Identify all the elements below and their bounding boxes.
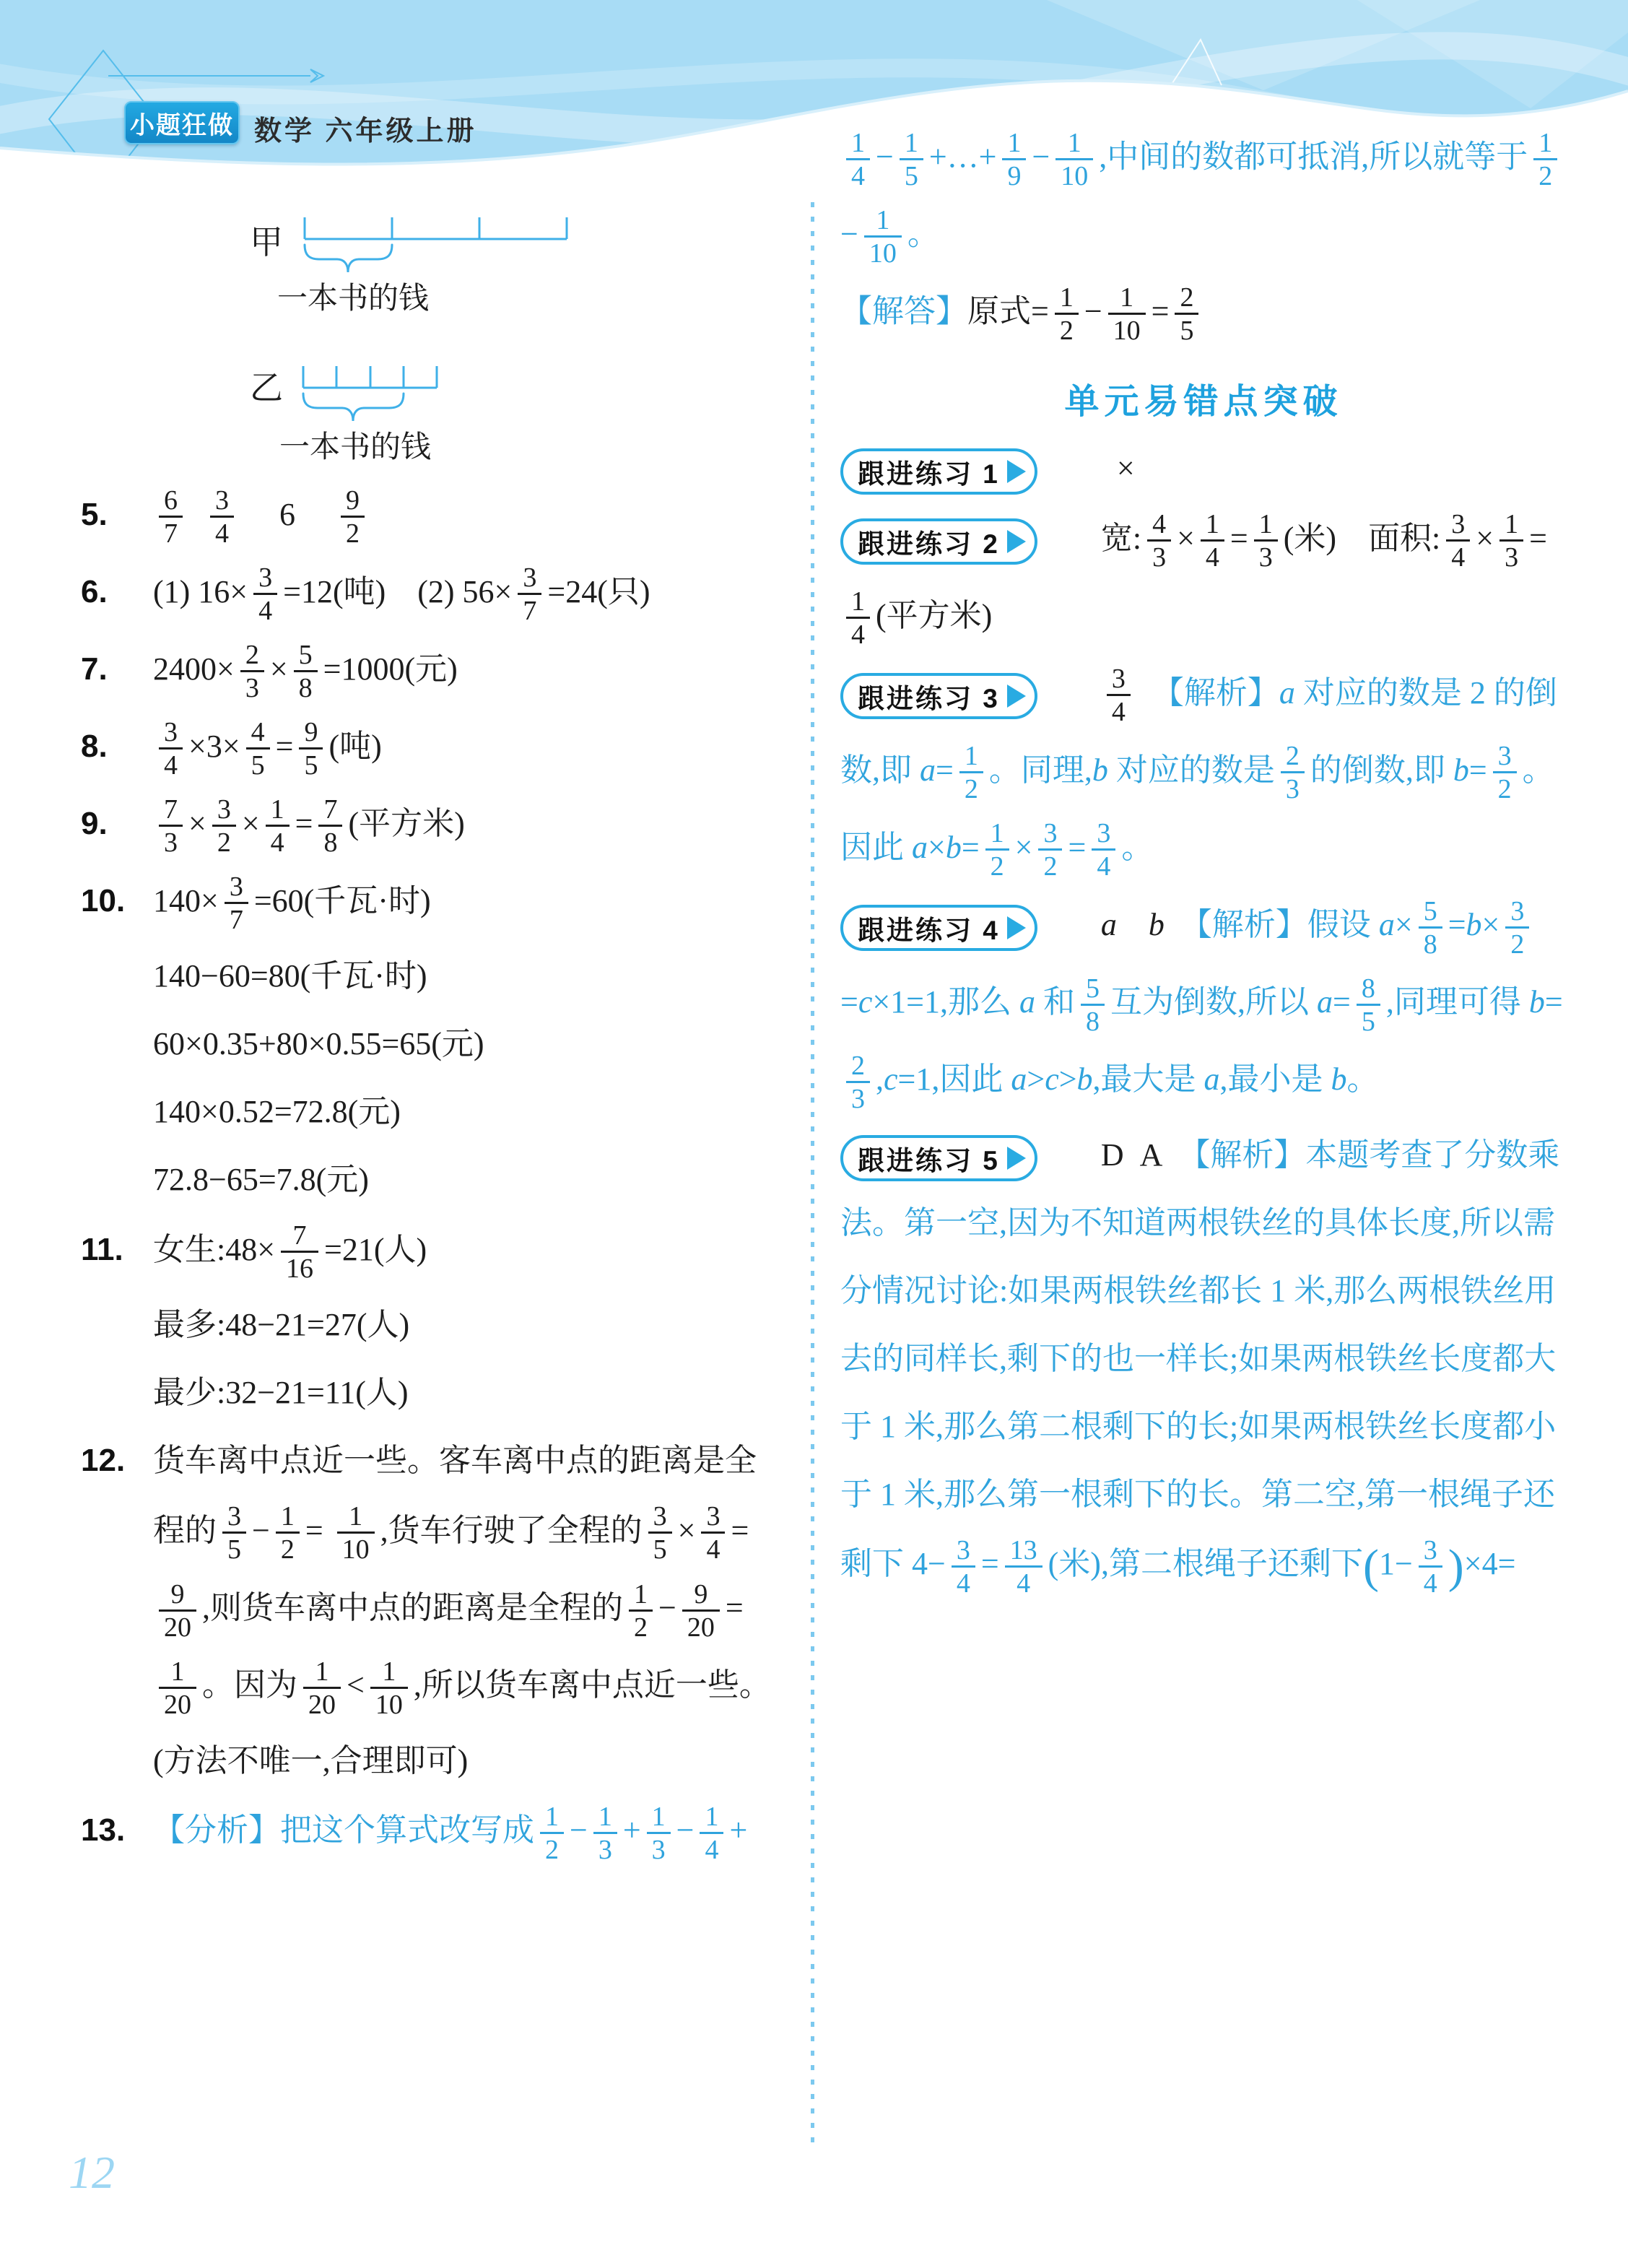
- item-text: 货车离中点近一些。客车离中点的距离是全程的35−12= 110,货车行驶了全程的…: [153, 1443, 771, 1778]
- answer-item-6: 6.(1) 16×34=12(吨) (2) 56×37=24(只): [81, 556, 785, 633]
- workbook-page: 小题狂做 数学 六年级上册 甲 一本书的钱 乙: [0, 0, 1628, 2268]
- item-text: 60×0.35+80×0.55=65(元): [153, 1010, 785, 1078]
- left-column: 甲 一本书的钱 乙: [72, 0, 785, 2145]
- exercise-badge-5: 跟进练习 5: [840, 1135, 1037, 1181]
- analysis-continuation: 14−15+…+19−110,中间的数都可抵消,所以就等于12−110。: [840, 121, 1567, 276]
- arrow-right-icon: [1007, 1147, 1026, 1170]
- item-text: 67 34 6 92: [153, 497, 370, 532]
- item-text: 最多:48−21=27(人): [153, 1291, 785, 1359]
- exercise-block-3: 跟进练习 3 34 【解析】a 对应的数是 2 的倒数,即 a=12。同理,b …: [840, 657, 1567, 889]
- yi-brace: [303, 394, 404, 421]
- arrow-right-icon: [1007, 530, 1026, 553]
- item-number: 5.: [81, 497, 153, 533]
- jia-label: 甲: [250, 224, 283, 261]
- exercise-block-2: 跟进练习 2 宽:43×14=13(米) 面积:34×13=14(平方米): [840, 503, 1567, 657]
- item-number: 9.: [81, 806, 153, 842]
- content-columns: 甲 一本书的钱 乙: [72, 0, 1567, 2145]
- exercise-badge-label: 跟进练习 5: [858, 1139, 1000, 1178]
- exercise-block-1: 跟进练习 1 ×: [840, 435, 1567, 503]
- answer-item-12: 12.货车离中点近一些。客车离中点的距离是全程的35−12= 110,货车行驶了…: [81, 1427, 785, 1794]
- arrow-right-icon: [1007, 685, 1026, 708]
- item-text: 最少:32−21=11(人): [153, 1359, 785, 1427]
- answer-item-10: 10.140×37=60(千瓦·时) 140−60=80(千瓦·时) 60×0.…: [81, 865, 785, 1214]
- column-divider: [811, 202, 814, 2145]
- item-number: 7.: [81, 651, 153, 687]
- jia-brace: [305, 245, 392, 272]
- answer-item-7: 7.2400×23×58=1000(元): [81, 633, 785, 711]
- item-text: 140×37=60(千瓦·时): [153, 883, 431, 918]
- item-text: 【分析】把这个算式改写成12−13+13−14+: [153, 1812, 747, 1848]
- exercise-badge-2: 跟进练习 2: [840, 518, 1037, 565]
- exercise-answer: ×: [1069, 451, 1135, 486]
- item-text: 2400×23×58=1000(元): [153, 651, 458, 687]
- page-number: 12: [69, 2146, 115, 2199]
- exercise-badge-1: 跟进练习 1: [840, 448, 1037, 495]
- item-text: 女生:48×716=21(人): [153, 1232, 427, 1267]
- jieda-line: 【解答】原式=12−110=25: [840, 276, 1567, 353]
- answer-item-11: 11.女生:48×716=21(人) 最多:48−21=27(人) 最少:32−…: [81, 1214, 785, 1427]
- exercise-badge-label: 跟进练习 3: [858, 677, 1000, 716]
- exercise-block-4: 跟进练习 4 a b 【解析】假设 a×58=b×32=c×1=1,那么 a 和…: [840, 890, 1567, 1121]
- answer-item-5: 5.67 34 6 92: [81, 479, 785, 556]
- answer-item-8: 8.34×3×45=95(吨): [81, 711, 785, 788]
- jia-bar: [305, 217, 567, 239]
- item-text: 34×3×45=95(吨): [153, 729, 382, 764]
- item-text: 140×0.52=72.8(元): [153, 1078, 785, 1146]
- jia-brace-label: 一本书的钱: [277, 282, 429, 316]
- item-text: (1) 16×34=12(吨) (2) 56×37=24(只): [153, 574, 650, 609]
- item-number: 6.: [81, 574, 153, 610]
- exercise-badge-label: 跟进练习 4: [858, 908, 1000, 947]
- exercise-badge-4: 跟进练习 4: [840, 905, 1037, 951]
- yi-brace-label: 一本书的钱: [279, 431, 431, 464]
- item-number: 12.: [81, 1443, 153, 1479]
- exercise-badge-label: 跟进练习 1: [858, 452, 1000, 491]
- yi-label: 乙: [250, 370, 283, 407]
- answer-item-13: 13.【分析】把这个算式改写成12−13+13−14+: [81, 1795, 785, 1872]
- yi-bar: [303, 366, 437, 388]
- answer-item-9: 9.73×32×14=78(平方米): [81, 788, 785, 865]
- item-number: 13.: [81, 1812, 153, 1848]
- exercise-answer: D A 【解析】本题考查了分数乘法。第一空,因为不知道两根铁丝的具体长度,所以需…: [840, 1137, 1559, 1582]
- item-text: 140−60=80(千瓦·时): [153, 942, 785, 1010]
- item-text: 73×32×14=78(平方米): [153, 806, 465, 841]
- exercise-badge-label: 跟进练习 2: [858, 522, 1000, 561]
- item-text: 72.8−65=7.8(元): [153, 1146, 785, 1214]
- item-number: 11.: [81, 1232, 153, 1268]
- exercise-block-5: 跟进练习 5 D A 【解析】本题考查了分数乘法。第一空,因为不知道两根铁丝的具…: [840, 1121, 1567, 1606]
- arrow-right-icon: [1007, 460, 1026, 483]
- bar-model-diagram: 甲 一本书的钱 乙: [81, 213, 774, 466]
- item-number: 8.: [81, 729, 153, 765]
- section-heading: 单元易错点突破: [840, 373, 1567, 423]
- item-number: 10.: [81, 883, 153, 919]
- exercise-badge-3: 跟进练习 3: [840, 673, 1037, 719]
- right-column: 14−15+…+19−110,中间的数都可抵消,所以就等于12−110。 【解答…: [840, 0, 1567, 2145]
- arrow-right-icon: [1007, 916, 1026, 939]
